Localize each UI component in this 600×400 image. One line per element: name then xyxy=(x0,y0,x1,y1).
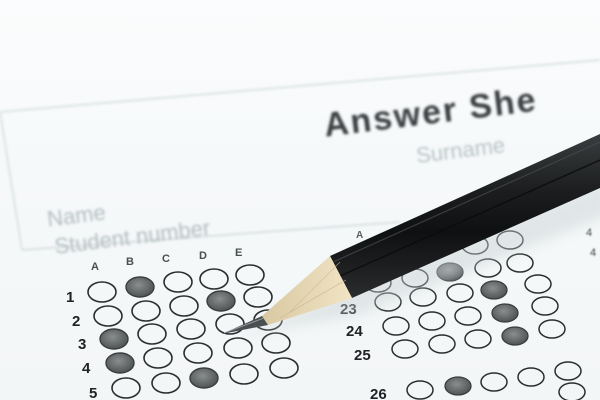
svg-text:4: 4 xyxy=(590,247,596,259)
svg-text:26: 26 xyxy=(370,386,387,400)
svg-text:2: 2 xyxy=(72,313,80,330)
svg-text:4: 4 xyxy=(82,360,91,377)
svg-text:Name: Name xyxy=(46,200,107,232)
svg-text:B: B xyxy=(126,256,134,268)
svg-text:Answer She: Answer She xyxy=(322,81,540,145)
svg-text:A: A xyxy=(91,261,99,273)
svg-text:24: 24 xyxy=(346,323,363,340)
svg-text:25: 25 xyxy=(354,347,371,364)
sheet-title: Answer She xyxy=(322,81,540,145)
photo-illustration: Answer She Surname Name Student number A… xyxy=(0,0,600,400)
svg-text:A: A xyxy=(356,230,363,241)
answer-sheet-photo: Answer She Surname Name Student number A… xyxy=(0,0,600,400)
svg-text:1: 1 xyxy=(66,289,74,306)
svg-text:E: E xyxy=(235,247,242,259)
svg-text:Surname: Surname xyxy=(415,133,507,169)
svg-text:5: 5 xyxy=(89,385,97,400)
svg-text:4: 4 xyxy=(586,227,592,239)
svg-text:C: C xyxy=(162,253,170,265)
svg-text:3: 3 xyxy=(78,336,86,353)
svg-text:D: D xyxy=(199,250,207,262)
